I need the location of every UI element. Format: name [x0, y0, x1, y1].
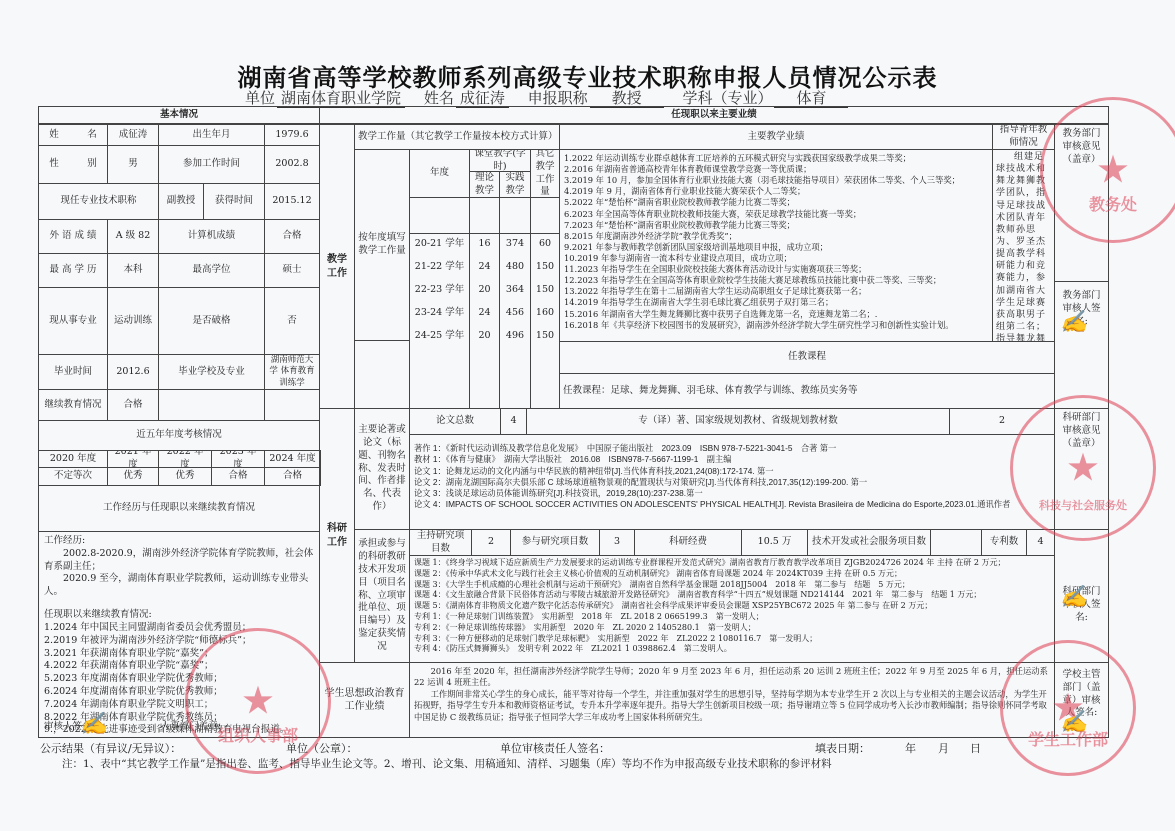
- grad-school-value: 湖南师范大学 体育教育训练学: [264, 354, 320, 390]
- foreign-lang-label: 外 语 成 绩: [38, 219, 108, 254]
- assessment-year: 2021 年度: [107, 450, 159, 468]
- projects-list: 课题 1：《终身学习视域下适应新质生产力发展要求的运动训练专业群课程开发范式研究…: [409, 555, 1055, 663]
- reviewer-label: 审核人签名:: [44, 721, 95, 732]
- workload-practice: 364: [499, 279, 531, 302]
- degree-label: 最高学位: [158, 253, 265, 288]
- year-label: 年: [905, 740, 916, 756]
- assessment-year: 2020 年度: [38, 450, 108, 468]
- project-item: 专利 3：《一种方便移动的足球射门教学足球标靶》 实用新型 2022 年 ZL2…: [414, 634, 1050, 645]
- cont-edu-label: 继续教育情况: [38, 389, 108, 421]
- unit-seal-label: 单位（公章）：: [286, 740, 358, 756]
- project-item: 课题 4：《文生旅融合背景下民俗体育活动与零陵古城旅游开发路径研究》 湖南省教育…: [414, 590, 1050, 601]
- achievement-item: 10.2019 年参与湖南省一流本科专业建设点项目，成功立项；: [564, 253, 988, 264]
- achievement-item: 1.2022 年运动训练专业群卓越体育工匠培养的五环模式研究与实践获国家级教学成…: [564, 153, 988, 164]
- name-label: 姓名: [424, 89, 454, 107]
- theory-header: 理论教学: [469, 171, 500, 198]
- cont-edu-list: 1.2024 年中国民主同盟湖南省委员会优秀盟员；2.2019 年被评为湖南涉外…: [44, 622, 314, 737]
- workload-practice: 456: [499, 302, 531, 325]
- exception-value: 否: [264, 287, 320, 355]
- paper-item: 论文 2：湖南龙湖国际高尔夫俱乐部 C 球场球道植物景观的配置现状与对策研究[J…: [414, 477, 1050, 488]
- hr-seal-label: 人事部门盖章:: [161, 721, 221, 732]
- student-work-label: 学生思想政治教育工作业绩: [319, 662, 410, 738]
- joined-value: 3: [599, 529, 635, 556]
- current-title-label: 现任专业技术职称: [38, 183, 159, 220]
- achievement-item: 16.2018 年《共享经济下校园图书的发展研究》，湖南涉外经济学院大学生研究性…: [564, 320, 988, 331]
- achievements-section-title: 任现职以来主要业绩: [319, 106, 1109, 124]
- achievement-item: 6.2023 年全国高等体育职业院校教师技能大赛，荣获足球教学技能比赛一等奖；: [564, 209, 988, 220]
- assessment-result: 不定等次: [38, 467, 108, 486]
- workload-year: 23-24 学年: [409, 302, 470, 325]
- work-start-value: 2002.8: [264, 145, 320, 184]
- paper-item: 论文 4：IMPACTS OF SCHOOL SOCCER ACTIVITIES…: [414, 499, 1050, 510]
- day-label: 日: [970, 740, 981, 756]
- student-work-paragraph: 2016 年至 2020 年，担任湖南涉外经济学院学生导师；2020 年 9 月…: [414, 666, 1050, 689]
- workload-theory: 16: [469, 233, 500, 256]
- cont-edu-item: 6.2024 年度湖南体育职业学院优秀教师；: [44, 686, 314, 699]
- workload-theory: 20: [469, 279, 500, 302]
- computer-label: 计算机成绩: [158, 219, 265, 254]
- other-header: 其它教学工作量: [530, 149, 560, 198]
- obtained-value: 2015.12: [264, 183, 320, 220]
- research-label: 科研工作: [319, 408, 355, 663]
- achievement-item: 12.2023 年指导学生在全国高等体育职业院校学生技能大赛足球教练员技能比赛中…: [564, 275, 988, 286]
- achievement-item: 8.2015 年度湖南涉外经济学院“教学优秀奖”；: [564, 231, 988, 242]
- assessment-year: 2023 年度: [211, 450, 265, 468]
- workload-other: 60: [530, 233, 560, 256]
- blank-cell: [469, 197, 500, 234]
- workload-other: 150: [530, 279, 560, 302]
- obtained-label: 获得时间: [203, 183, 265, 220]
- main-achievements-header: 主要教学业绩: [559, 124, 993, 150]
- subject-label: 学科（专业）: [682, 89, 772, 107]
- experience-box: 工作经历: 2002.8-2020.9，湖南涉外经济学院体育学院教师，社会体育系…: [38, 531, 320, 738]
- practice-header: 实践教学: [499, 171, 531, 198]
- major-value: 运动训练: [107, 287, 159, 355]
- achievement-item: 3.2019 年 10 月，参加全国体育行业职业技能大赛（羽毛球技能指导项目）荣…: [564, 175, 988, 186]
- degree-value: 硕士: [264, 253, 320, 288]
- header-line: 单位湖南体育职业学院 姓名成征涛 申报职称教授 学科（专业）体育: [245, 87, 862, 108]
- achievement-item: 2.2016 年湖南省普通高校青年体育教师课堂教学竞赛一等优质课；: [564, 164, 988, 175]
- hosted-value: 2: [471, 529, 511, 556]
- grad-time-label: 毕业时间: [38, 354, 108, 390]
- assessment-title: 近五年年度考核情况: [38, 420, 320, 451]
- unit-reviewer-label: 单位审核责任人签名：: [500, 740, 610, 756]
- papers-total-label: 论文总数: [409, 408, 501, 435]
- papers-label: 主要论著或论文（标题、刊物名称、发表时间、作者排名、代表作）: [354, 408, 410, 530]
- papers-total-value: 4: [500, 408, 527, 435]
- main-achievements-list: 1.2022 年运动训练专业群卓越体育工匠培养的五环模式研究与实践获国家级教学成…: [559, 149, 993, 342]
- achievement-item: 15.2016 年湖南省大学生舞龙舞狮比赛中获男子自选舞龙第一名，竞速舞龙第二名…: [564, 309, 988, 320]
- research-reviewer: 科研部门审核人签名:: [1054, 529, 1109, 663]
- workload-header: 教学工作量（其它教学工作量按本校方式计算）: [354, 124, 560, 150]
- current-title-value: 副教授: [158, 183, 204, 220]
- workload-theory: 24: [469, 302, 500, 325]
- joined-label: 参与研究项目数: [510, 529, 600, 556]
- cont-edu-value: 合格: [107, 389, 159, 421]
- achievement-item: 4.2019 年 9 月，湖南省体育行业职业技能大赛荣获个人二等奖；: [564, 186, 988, 197]
- assessment-year: 2022 年度: [158, 450, 212, 468]
- guide-header: 指导青年教师情况: [992, 124, 1055, 150]
- grad-school-label: 毕业学校及专业: [158, 354, 265, 390]
- workload-other: 150: [530, 256, 560, 279]
- workload-note: 按年度填写教学工作量: [354, 149, 410, 341]
- project-item: 课题 3：《大学生手机成瘾的心理社会机制与运动干预研究》 湖南省自然科学基金课题…: [414, 580, 1050, 591]
- achievement-item: 13.2022 年指导学生在第十二届湖南省大学生运动高职组女子足球比赛获第一名；: [564, 286, 988, 297]
- student-opinion: 学校主管部门（盖章）审核人签名:: [1054, 662, 1109, 738]
- achievement-item: 11.2023 年指导学生在全国职业院校技能大赛体育活动设计与实施赛项获三等奖；: [564, 264, 988, 275]
- year-header: 年度: [409, 149, 470, 198]
- basic-section-title: 基本情况: [38, 106, 320, 124]
- achievement-item: 14.2019 年指导学生在湖南省大学生羽毛球比赛乙组获男子双打第三名；: [564, 297, 988, 308]
- month-label: 月: [938, 740, 949, 756]
- gender-value: 男: [107, 145, 159, 184]
- project-item: 课题 1：《终身学习视域下适应新质生产力发展要求的运动训练专业群课程开发范式研究…: [414, 558, 1050, 569]
- workload-year: 21-22 学年: [409, 256, 470, 279]
- tech-label: 技术开发或社会服务项目数: [807, 529, 931, 556]
- unit-label: 单位: [245, 89, 275, 107]
- grad-time-value: 2012.6: [107, 354, 159, 390]
- cont-edu-item: 4.2022 年获湖南体育职业学院“嘉奖”；: [44, 660, 314, 673]
- project-item: 课题 2：《传承中华武术文化与践行社会主义核心价值观的互动机制研究》 湖南省体育…: [414, 569, 1050, 580]
- funding-label: 科研经费: [634, 529, 742, 556]
- assessment-year: 2024 年度: [264, 450, 321, 468]
- foreign-lang-value: A 级 82: [107, 219, 159, 254]
- gender-label: 性 别: [38, 145, 108, 184]
- name-label: 姓 名: [38, 124, 108, 146]
- academic-opinion: 教务部门审核意见（盖章）: [1054, 124, 1109, 282]
- hosted-label: 主持研究项目数: [409, 529, 472, 556]
- fill-date-label: 填表日期：: [815, 740, 870, 756]
- courses-text: 任教课程：足球、舞龙舞狮、羽毛球、体育教学与训练、教练员实务等: [559, 373, 1055, 409]
- cont-edu-list-label: 任现职以来继续教育情况:: [44, 609, 314, 622]
- achievement-item: 7.2023 年“楚怡杯”湖南省职业院校教师教学能力比赛三等奖；: [564, 220, 988, 231]
- projects-label: 承担或参与的科研教研技术开发项目（项目名称、立项审批单位、项目编号）及鉴定获奖情…: [354, 529, 410, 663]
- computer-value: 合格: [264, 219, 320, 254]
- workload-year: 22-23 学年: [409, 279, 470, 302]
- experience-title: 工作经历与任现职以来继续教育情况: [38, 485, 320, 532]
- student-work-paragraph: 工作期间非常关心学生的身心成长，能平等对待每一个学生，并注重加强对学生的思想引导…: [414, 689, 1050, 723]
- assessment-result: 优秀: [158, 467, 212, 486]
- hr-sign-line: 审核人签名: 人事部门盖章:: [44, 721, 221, 734]
- blank-cell: [158, 389, 265, 421]
- books-label: 专（译）著、国家级规划教材、省级规划教材数: [526, 408, 950, 435]
- workload-practice: 480: [499, 256, 531, 279]
- patents-count: 4: [1026, 529, 1055, 556]
- footnote: 注：1、表中“其它教学工作量”是指出卷、监考、指导毕业生论文等。2、增刊、论文集…: [62, 756, 832, 771]
- project-item: 专利 4：《防压式舞狮狮头》 发明专利 2022 年 ZL2021 1 0398…: [414, 644, 1050, 655]
- paper-item: 教材 1：《体育与健康》 湖南大学出版社 2016.08 ISBN978-7-5…: [414, 454, 1050, 465]
- academic-reviewer: 教务部门审核人签名:: [1054, 281, 1109, 409]
- birth-label: 出生年月: [158, 124, 265, 146]
- project-item: 专利 2：《一种足球训练传球器》 实用新型 2020 年 ZL 2020 2 1…: [414, 623, 1050, 634]
- teaching-label: 教学工作: [319, 124, 355, 409]
- experience-list: 2002.8-2020.9，湖南涉外经济学院体育学院教师，社会体育系副主任；20…: [44, 548, 314, 599]
- blank-cell: [264, 389, 320, 421]
- blank-cell: [530, 197, 560, 234]
- cont-edu-item: 2.2019 年被评为湖南涉外经济学院“师德标兵”；: [44, 635, 314, 648]
- assessment-result: 优秀: [107, 467, 159, 486]
- guide-text: 组建足球技战术和舞龙舞狮教学团队，指导足球技战术团队青年教师孙思为、罗圣杰提高教…: [992, 149, 1055, 342]
- achievement-item: 9.2021 年参与教师教学创新团队国家级培训基地项目申报，成功立项；: [564, 242, 988, 253]
- blank-cell: [409, 197, 470, 234]
- major-label: 现从事专业: [38, 287, 108, 355]
- cont-edu-item: 5.2023 年度湖南体育职业学院优秀教师；: [44, 673, 314, 686]
- student-work-text: 2016 年至 2020 年，担任湖南涉外经济学院学生导师；2020 年 9 月…: [409, 662, 1055, 738]
- work-start-label: 参加工作时间: [158, 145, 265, 184]
- blank-cell: [354, 341, 560, 409]
- workload-other: 160: [530, 302, 560, 325]
- paper-item: 论文 3：浅谈足球运动员体能训练研究[J].科技资讯，2019,28(10):2…: [414, 488, 1050, 499]
- cont-edu-item: 7.2024 年湖南体育职业学院文明职工；: [44, 699, 314, 712]
- result-label: 公示结果（有异议/无异议）：: [40, 740, 181, 756]
- achievement-item: 5.2022 年“楚怡杯”湖南省职业院校教师教学能力比赛二等奖；: [564, 197, 988, 208]
- education-label: 最 高 学 历: [38, 253, 108, 288]
- books-total-value: 2: [949, 408, 1055, 435]
- papers-list: 著作 1：《新时代运动训练及教学信息化发展》 中国原子能出版社 2023.09 …: [409, 434, 1055, 530]
- classroom-header: 课堂教学(学时): [469, 149, 531, 172]
- paper-item: 著作 1：《新时代运动训练及教学信息化发展》 中国原子能出版社 2023.09 …: [414, 443, 1050, 454]
- project-item: 课题 5：《湖南体育非物质文化遗产数字化活态传承研究》 湖南省社会科学成果评审委…: [414, 601, 1050, 612]
- assessment-result: 合格: [264, 467, 321, 486]
- workload-year: 20-21 学年: [409, 233, 470, 256]
- workload-practice: 374: [499, 233, 531, 256]
- workload-theory: 24: [469, 256, 500, 279]
- birth-value: 1979.6: [264, 124, 320, 146]
- cont-edu-item: 1.2024 年中国民主同盟湖南省委员会优秀盟员；: [44, 622, 314, 635]
- courses-header: 任教课程: [559, 341, 1055, 374]
- experience-item: 2002.8-2020.9，湖南涉外经济学院体育学院教师，社会体育系副主任；: [44, 548, 314, 574]
- title-label: 申报职称: [528, 89, 588, 107]
- experience-item: 2020.9 至今，湖南体育职业学院教师，运动训练专业带头人。: [44, 573, 314, 599]
- funding-value: 10.5 万: [741, 529, 808, 556]
- tech-value: [930, 529, 982, 556]
- paper-item: 论文 1：论舞龙运动的文化内涵与中华民族的精神纽带[J].当代体育科技,2021…: [414, 466, 1050, 477]
- assessment-result: 合格: [211, 467, 265, 486]
- name-value: 成征涛: [107, 124, 159, 146]
- project-item: 专利 1：《一种足球射门训练装置》 实用新型 2018 年 ZL 2018 2 …: [414, 612, 1050, 623]
- education-value: 本科: [107, 253, 159, 288]
- exception-label: 是否破格: [158, 287, 265, 355]
- blank-cell: [499, 197, 531, 234]
- cont-edu-item: 3.2021 年获湖南体育职业学院“嘉奖”；: [44, 648, 314, 661]
- experience-label: 工作经历:: [44, 535, 314, 548]
- research-opinion: 科研部门审核意见（盖章）: [1054, 408, 1109, 530]
- patents-label: 专利数: [981, 529, 1027, 556]
